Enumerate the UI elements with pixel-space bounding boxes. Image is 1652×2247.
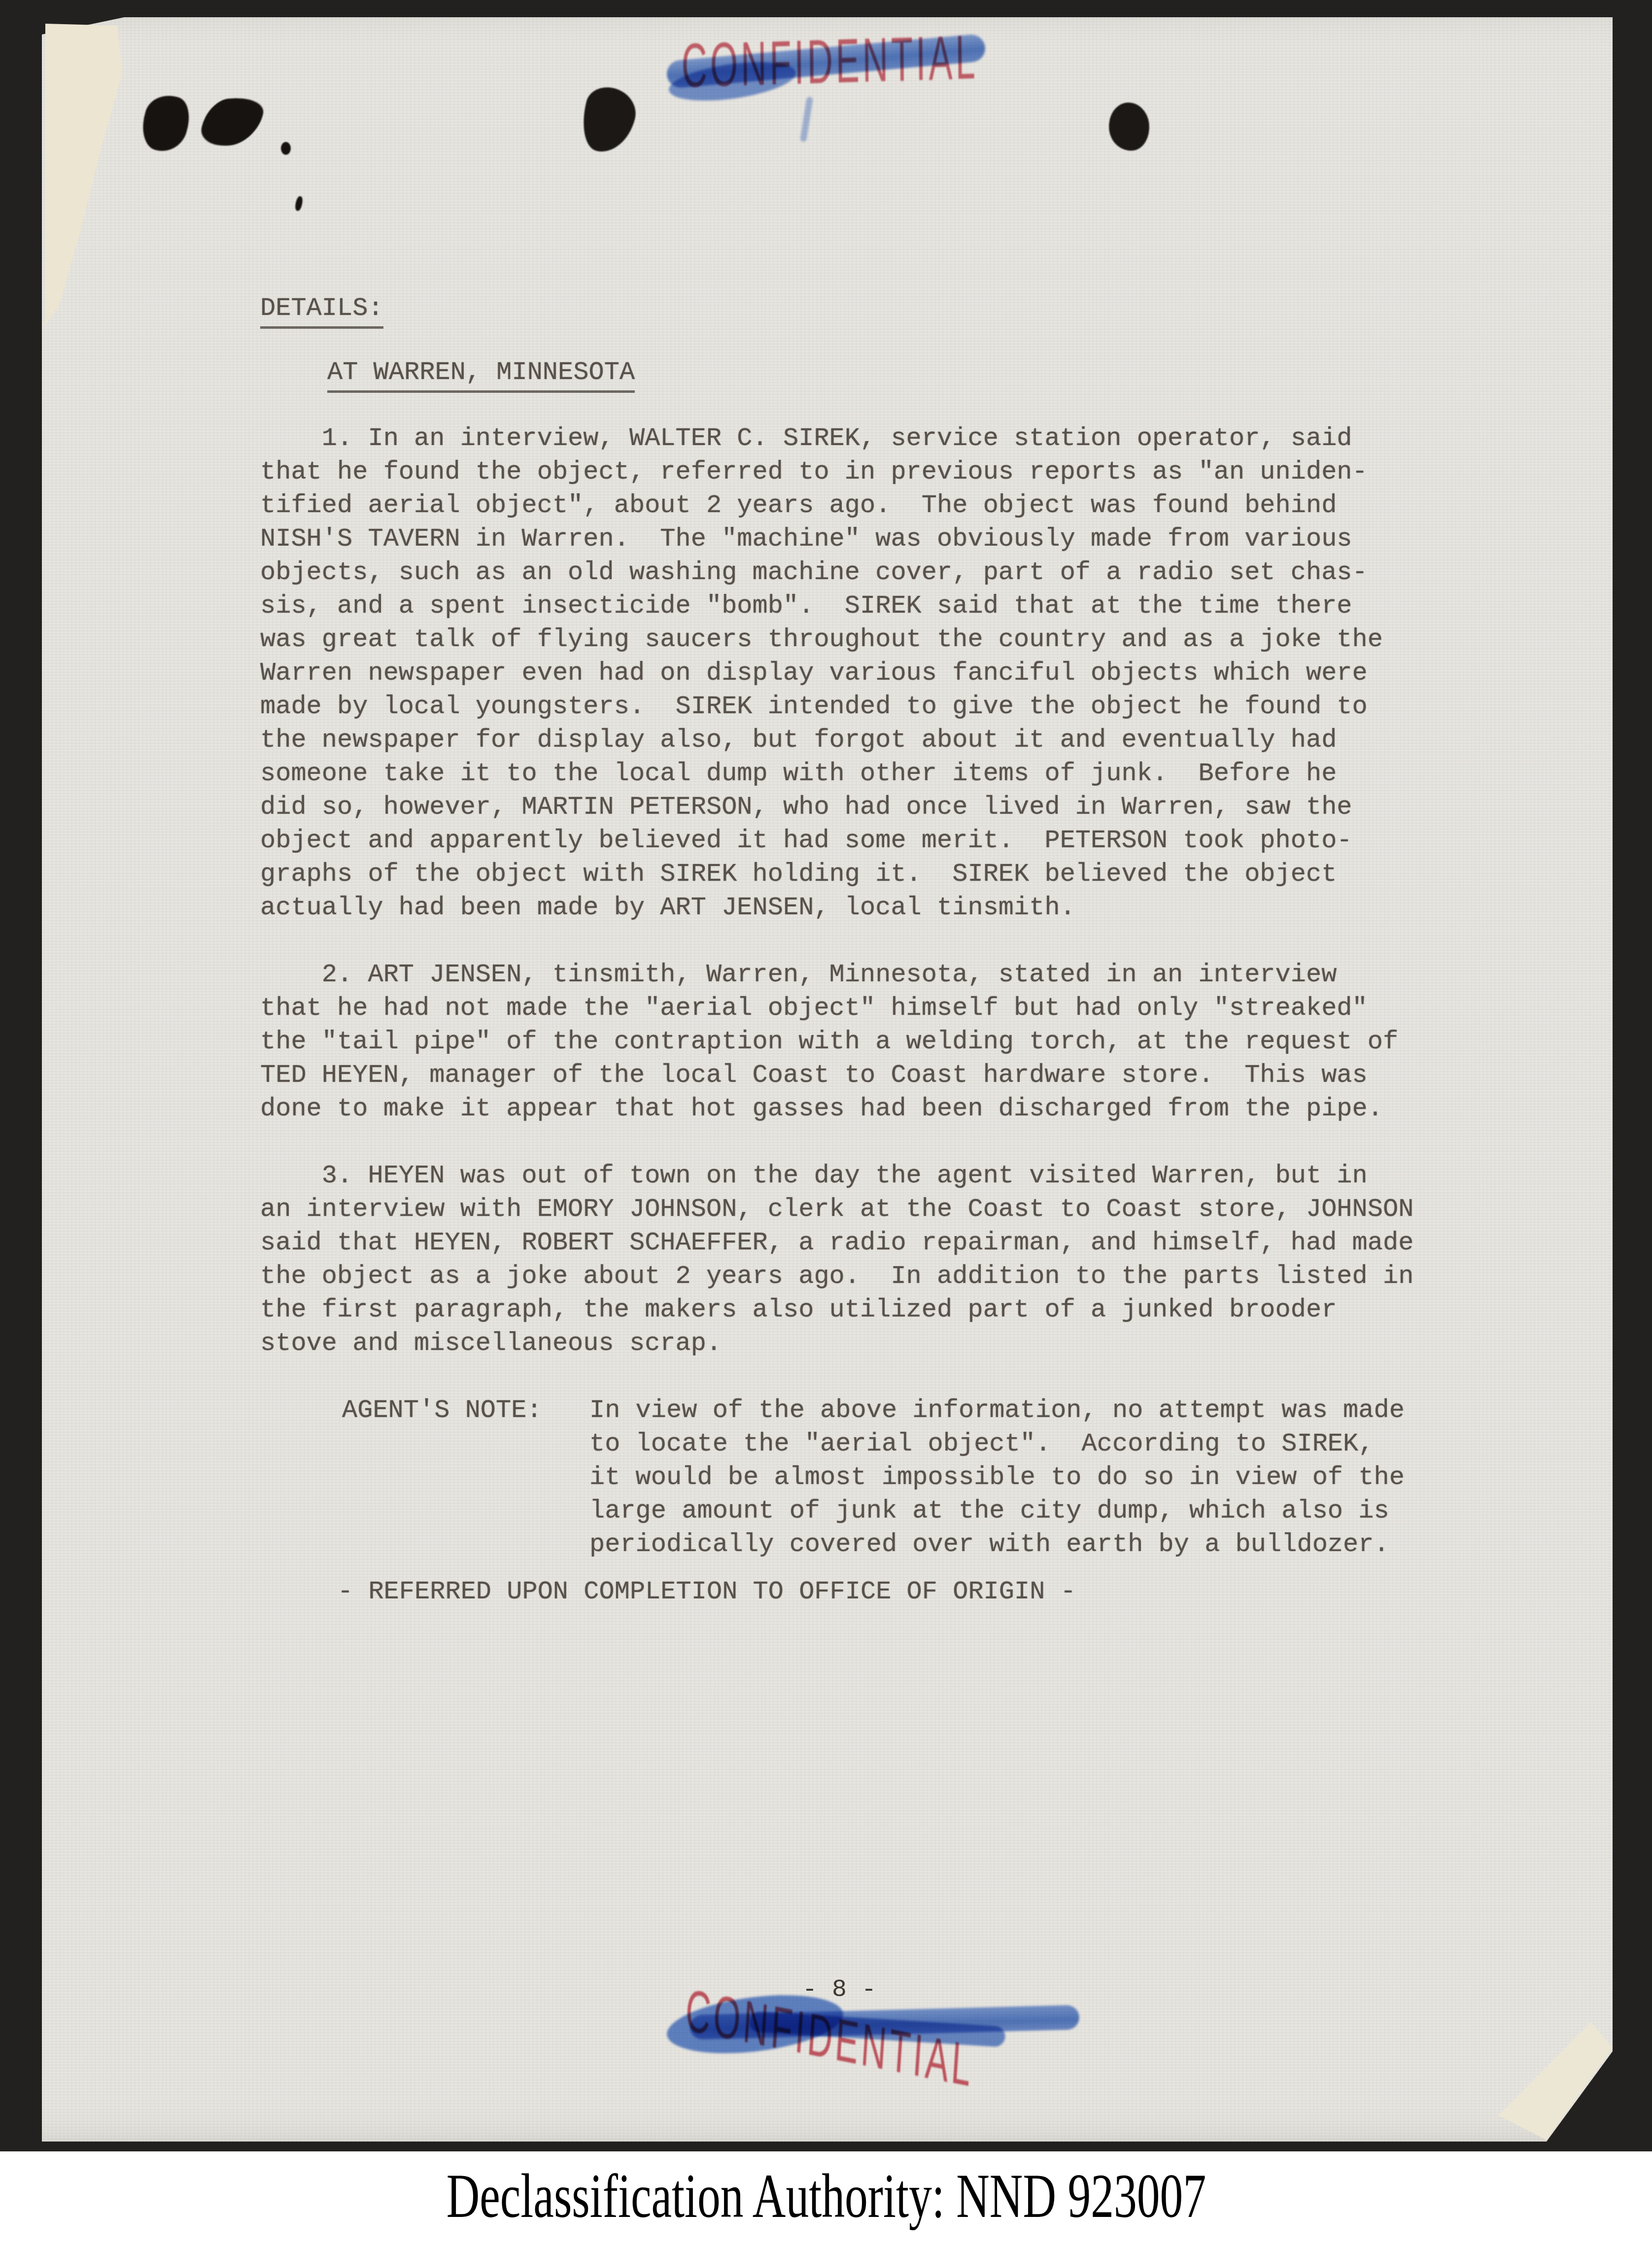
- declassification-authority-text: Declassification Authority: NND 923007: [446, 2160, 1206, 2232]
- paragraph-2: 2. ART JENSEN, tinsmith, Warren, Minneso…: [260, 958, 1398, 1126]
- scanned-document-page: DETAILS: AT WARREN, MINNESOTA 1. In an i…: [0, 0, 1652, 2247]
- agents-note-text: In view of the above information, no att…: [589, 1394, 1405, 1561]
- paragraph-3: 3. HEYEN was out of town on the day the …: [260, 1159, 1413, 1360]
- typewritten-content: DETAILS: AT WARREN, MINNESOTA 1. In an i…: [0, 0, 1652, 2151]
- location-heading: AT WARREN, MINNESOTA: [327, 359, 635, 393]
- details-heading: DETAILS:: [260, 295, 383, 329]
- ink-speck: [281, 142, 291, 155]
- referral-line: - REFERRED UPON COMPLETION TO OFFICE OF …: [338, 1575, 1076, 1609]
- declassification-footer-bar: Declassification Authority: NND 923007: [0, 2151, 1652, 2247]
- agents-note-label: AGENT'S NOTE:: [342, 1394, 542, 1427]
- paragraph-1: 1. In an interview, WALTER C. SIREK, ser…: [260, 422, 1383, 925]
